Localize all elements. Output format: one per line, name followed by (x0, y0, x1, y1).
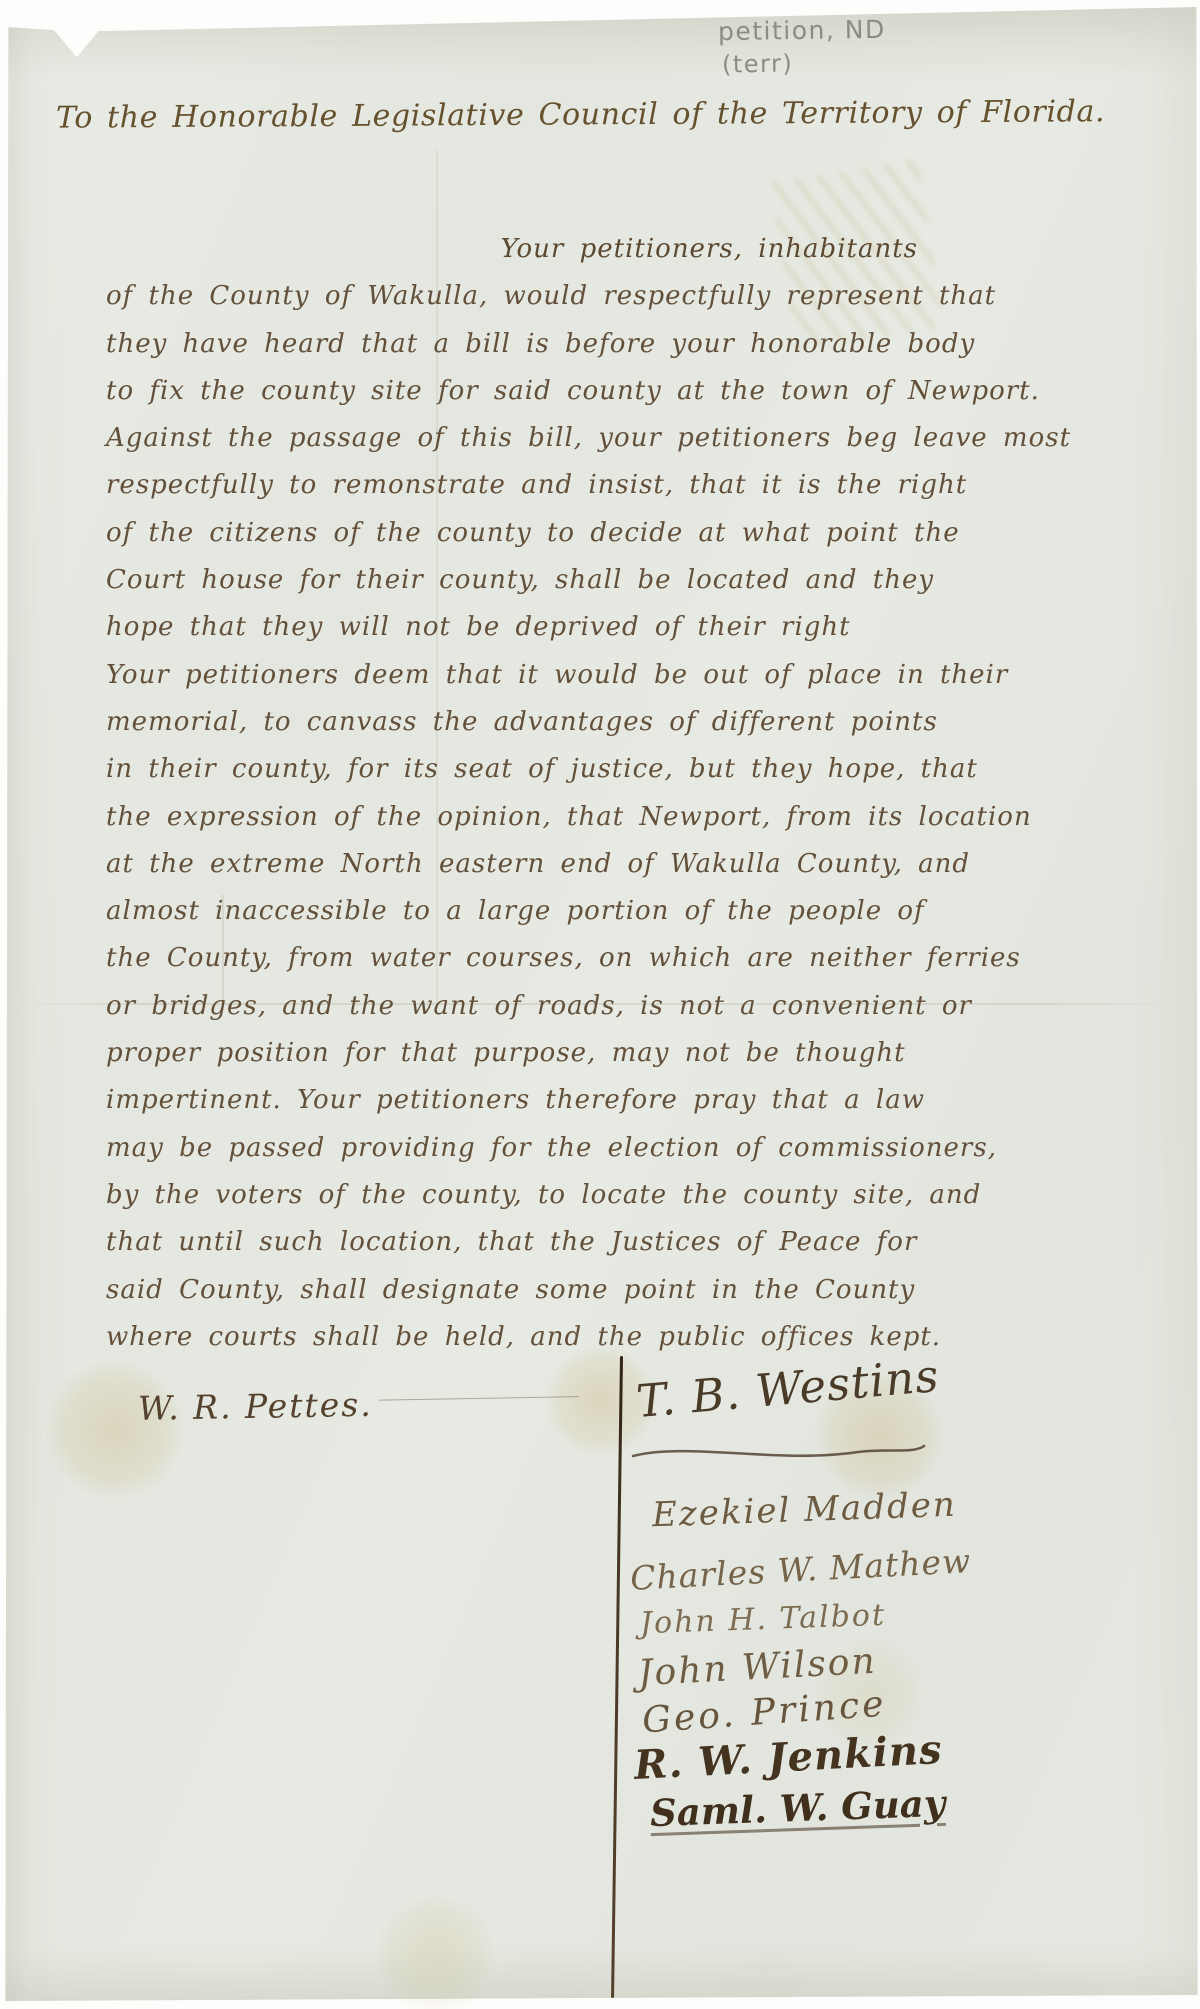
body-line: by the voters of the county, to locate t… (106, 1172, 924, 1219)
body-line: in their county, for its seat of justice… (106, 746, 924, 793)
body-line: Your petitioners deem that it would be o… (106, 652, 924, 699)
body-line: of the County of Wakulla, would respectf… (106, 273, 924, 320)
body-line: they have heard that a bill is before yo… (106, 321, 924, 368)
body-line: the County, from water courses, on which… (106, 935, 924, 982)
body-line: memorial, to canvass the advantages of d… (106, 699, 924, 746)
paper-stain (45, 1360, 185, 1500)
signature-w-r-pettes: W. R. Pettes. (138, 1381, 579, 1428)
body-line: almost inaccessible to a large portion o… (106, 888, 924, 935)
signature-flourish (628, 1434, 928, 1474)
pencil-annotation-line2: (terr) (722, 50, 794, 79)
body-line: said County, shall designate some point … (106, 1267, 924, 1314)
signature-talbot: John H. Talbot (639, 1598, 886, 1642)
signature-column: T. B. Westins Ezekiel Madden Charles W. … (628, 1362, 978, 1862)
body-opening-line: Your petitioners, inhabitants (106, 226, 924, 273)
body-line: hope that they will not be deprived of t… (106, 604, 924, 651)
salutation-line: To the Honorable Legislative Council of … (56, 95, 916, 135)
body-line: impertinent. Your petitioners therefore … (106, 1077, 924, 1124)
petition-body: Your petitioners, inhabitants of the Cou… (106, 226, 924, 1361)
body-line: where courts shall be held, and the publ… (106, 1314, 924, 1361)
body-line: to fix the county site for said county a… (106, 368, 924, 415)
scanned-document-page: petition, ND (terr) To the Honorable Leg… (0, 0, 1200, 2009)
body-line: or bridges, and the want of roads, is no… (106, 983, 924, 1030)
body-line: respectfully to remonstrate and insist, … (106, 462, 924, 509)
signature-madden: Ezekiel Madden (651, 1485, 957, 1536)
body-line: at the extreme North eastern end of Waku… (106, 841, 924, 888)
body-line: of the citizens of the county to decide … (106, 510, 924, 557)
body-line: Against the passage of this bill, your p… (106, 415, 924, 462)
signature-mathew: Charles W. Mathew (629, 1541, 972, 1598)
signature-guay: Saml. W. Guay (649, 1781, 946, 1835)
body-line: the expression of the opinion, that Newp… (106, 794, 924, 841)
body-line: Court house for their county, shall be l… (106, 557, 924, 604)
body-line: proper position for that purpose, may no… (106, 1030, 924, 1077)
pencil-annotation-line1: petition, ND (718, 15, 886, 46)
body-line: may be passed providing for the election… (106, 1125, 924, 1172)
body-line: that until such location, that the Justi… (106, 1219, 924, 1266)
paper-stain (375, 1895, 495, 2009)
